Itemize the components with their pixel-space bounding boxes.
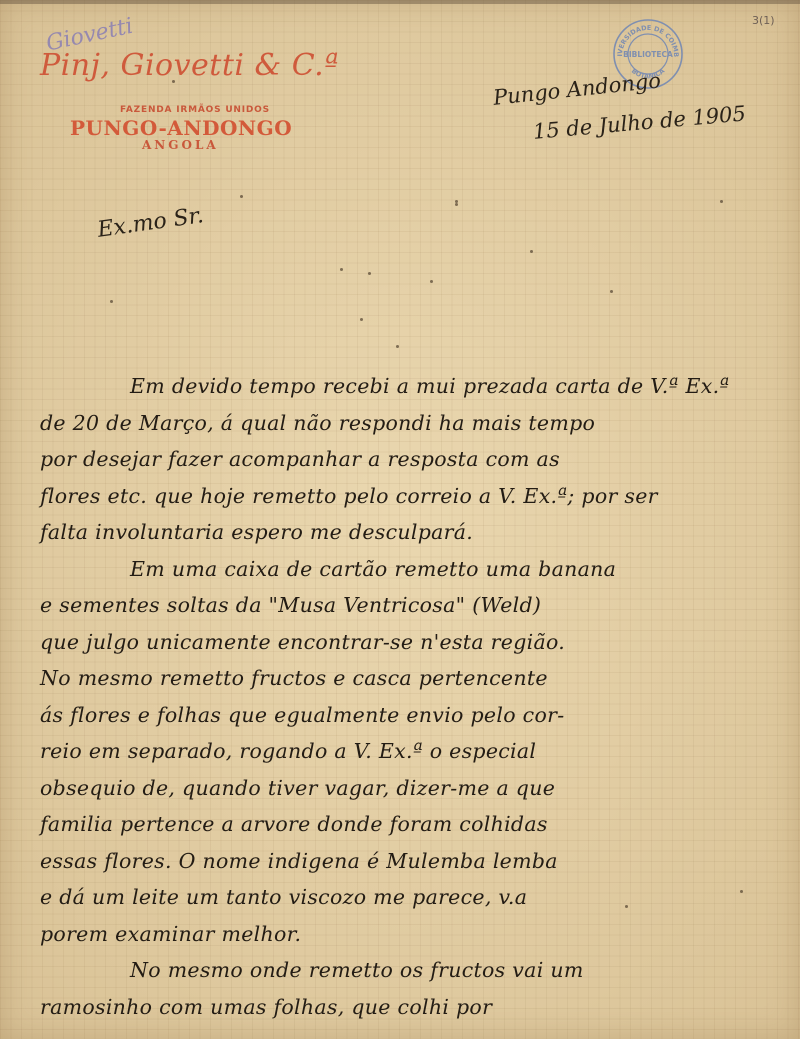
- letter-body: Em devido tempo recebi a mui prezada car…: [40, 368, 800, 1025]
- foxing-spot: [110, 300, 113, 303]
- page-top-edge: [0, 0, 800, 4]
- letter-date: 15 de Julho de 1905: [532, 101, 747, 144]
- body-line: Em devido tempo recebi a mui prezada car…: [40, 368, 800, 405]
- body-line: reio em separado, rogando a V. Ex.ª o es…: [40, 733, 800, 770]
- firm-name: Pinj, Giovetti & C.ª: [40, 48, 339, 83]
- foxing-spot: [625, 905, 628, 908]
- body-line: porem examinar melhor.: [40, 916, 800, 953]
- foxing-spot: [720, 200, 723, 203]
- letterhead: Pinj, Giovetti & C.ª Giovetti FAZENDA IR…: [30, 40, 350, 160]
- foxing-spot: [610, 290, 613, 293]
- foxing-spot: [240, 195, 243, 198]
- body-line: No mesmo onde remetto os fructos vai um: [40, 952, 800, 989]
- letter-place: Pungo Andongo: [492, 68, 662, 109]
- body-line: e dá um leite um tanto viscozo me parece…: [40, 879, 800, 916]
- foxing-spot: [740, 890, 743, 893]
- body-line: familia pertence a arvore donde foram co…: [40, 806, 800, 843]
- body-line: No mesmo remetto fructos e casca pertenc…: [40, 660, 800, 697]
- foxing-spot: [455, 203, 458, 206]
- foxing-spot: [360, 318, 363, 321]
- estate-name: FAZENDA IRMÃOS UNIDOS: [120, 105, 270, 115]
- stamp-center-text: BIBLIOTECA: [623, 50, 673, 59]
- body-line: essas flores. O nome indigena é Mulemba …: [40, 843, 800, 880]
- country-name: ANGOLA: [142, 138, 219, 152]
- body-line: falta involuntaria espero me desculpará.: [40, 514, 800, 551]
- folio-number: 3(1): [752, 14, 775, 27]
- body-line: que julgo unicamente encontrar-se n'esta…: [40, 624, 800, 661]
- body-line: ramosinho com umas folhas, que colhi por: [40, 989, 800, 1026]
- body-line: Em uma caixa de cartão remetto uma banan…: [40, 551, 800, 588]
- body-line: flores etc. que hoje remetto pelo correi…: [40, 478, 800, 515]
- foxing-spot: [172, 80, 175, 83]
- body-line: ás flores e folhas que egualmente envio …: [40, 697, 800, 734]
- foxing-spot: [530, 250, 533, 253]
- body-line: e sementes soltas da "Musa Ventricosa" (…: [40, 587, 800, 624]
- body-line: por desejar fazer acompanhar a resposta …: [40, 441, 800, 478]
- body-line: de 20 de Março, á qual não respondi ha m…: [40, 405, 800, 442]
- foxing-spot: [368, 272, 371, 275]
- town-name: PUNGO-ANDONGO: [70, 116, 292, 140]
- letter-page: Pinj, Giovetti & C.ª Giovetti FAZENDA IR…: [0, 0, 800, 1039]
- body-line: obsequio de, quando tiver vagar, dizer-m…: [40, 770, 800, 807]
- foxing-spot: [396, 345, 399, 348]
- foxing-spot: [430, 280, 433, 283]
- foxing-spot: [340, 268, 343, 271]
- salutation: Ex.mo Sr.: [96, 203, 205, 243]
